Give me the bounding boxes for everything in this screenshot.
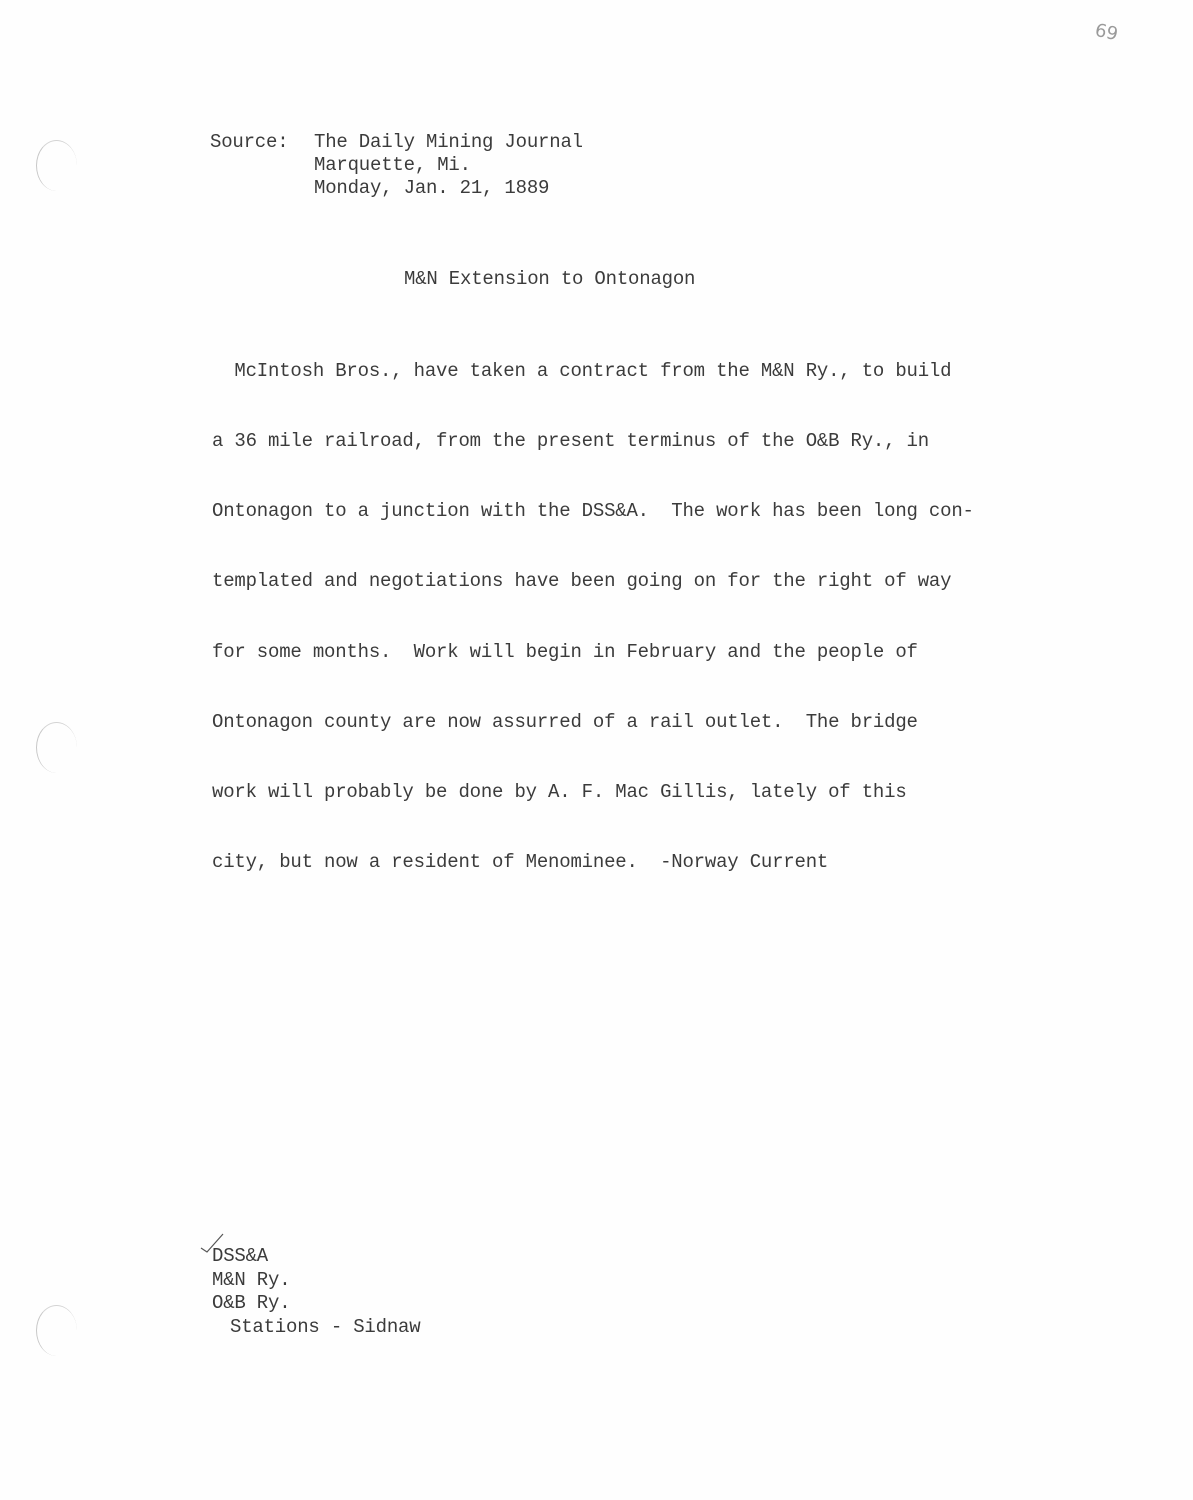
punch-hole-bottom [36,1305,77,1356]
article-body: McIntosh Bros., have taken a contract fr… [212,313,1002,922]
index-term: O&B Ry. [212,1292,420,1316]
handwritten-page-number: 69 [1093,20,1120,45]
article-line: work will probably be done by A. F. Mac … [212,781,1002,804]
index-term: M&N Ry. [212,1269,420,1293]
index-terms: DSS&A M&N Ry. O&B Ry. Stations - Sidnaw [212,1245,420,1339]
article-title: M&N Extension to Ontonagon [404,268,695,291]
article-line: Ontonagon to a junction with the DSS&A. … [212,500,1002,523]
article-line: a 36 mile railroad, from the present ter… [212,430,1002,453]
source-block: Source: The Daily Mining Journal Marquet… [210,131,583,200]
article-line: templated and negotiations have been goi… [212,570,1002,593]
article-line: for some months. Work will begin in Febr… [212,641,1002,664]
source-location: Marquette, Mi. [314,154,471,177]
index-subterm: Stations - Sidnaw [212,1316,420,1340]
index-term: DSS&A [212,1245,420,1269]
punch-hole-middle [36,722,77,773]
document-page: 69 Source: The Daily Mining Journal Marq… [0,0,1193,1500]
source-date: Monday, Jan. 21, 1889 [314,177,549,200]
source-label: Source: [210,131,314,154]
punch-hole-top [36,140,77,191]
article-line: McIntosh Bros., have taken a contract fr… [212,360,1002,383]
article-line: city, but now a resident of Menominee. -… [212,851,1002,874]
source-publication: The Daily Mining Journal [314,131,583,154]
article-line: Ontonagon county are now assurred of a r… [212,711,1002,734]
